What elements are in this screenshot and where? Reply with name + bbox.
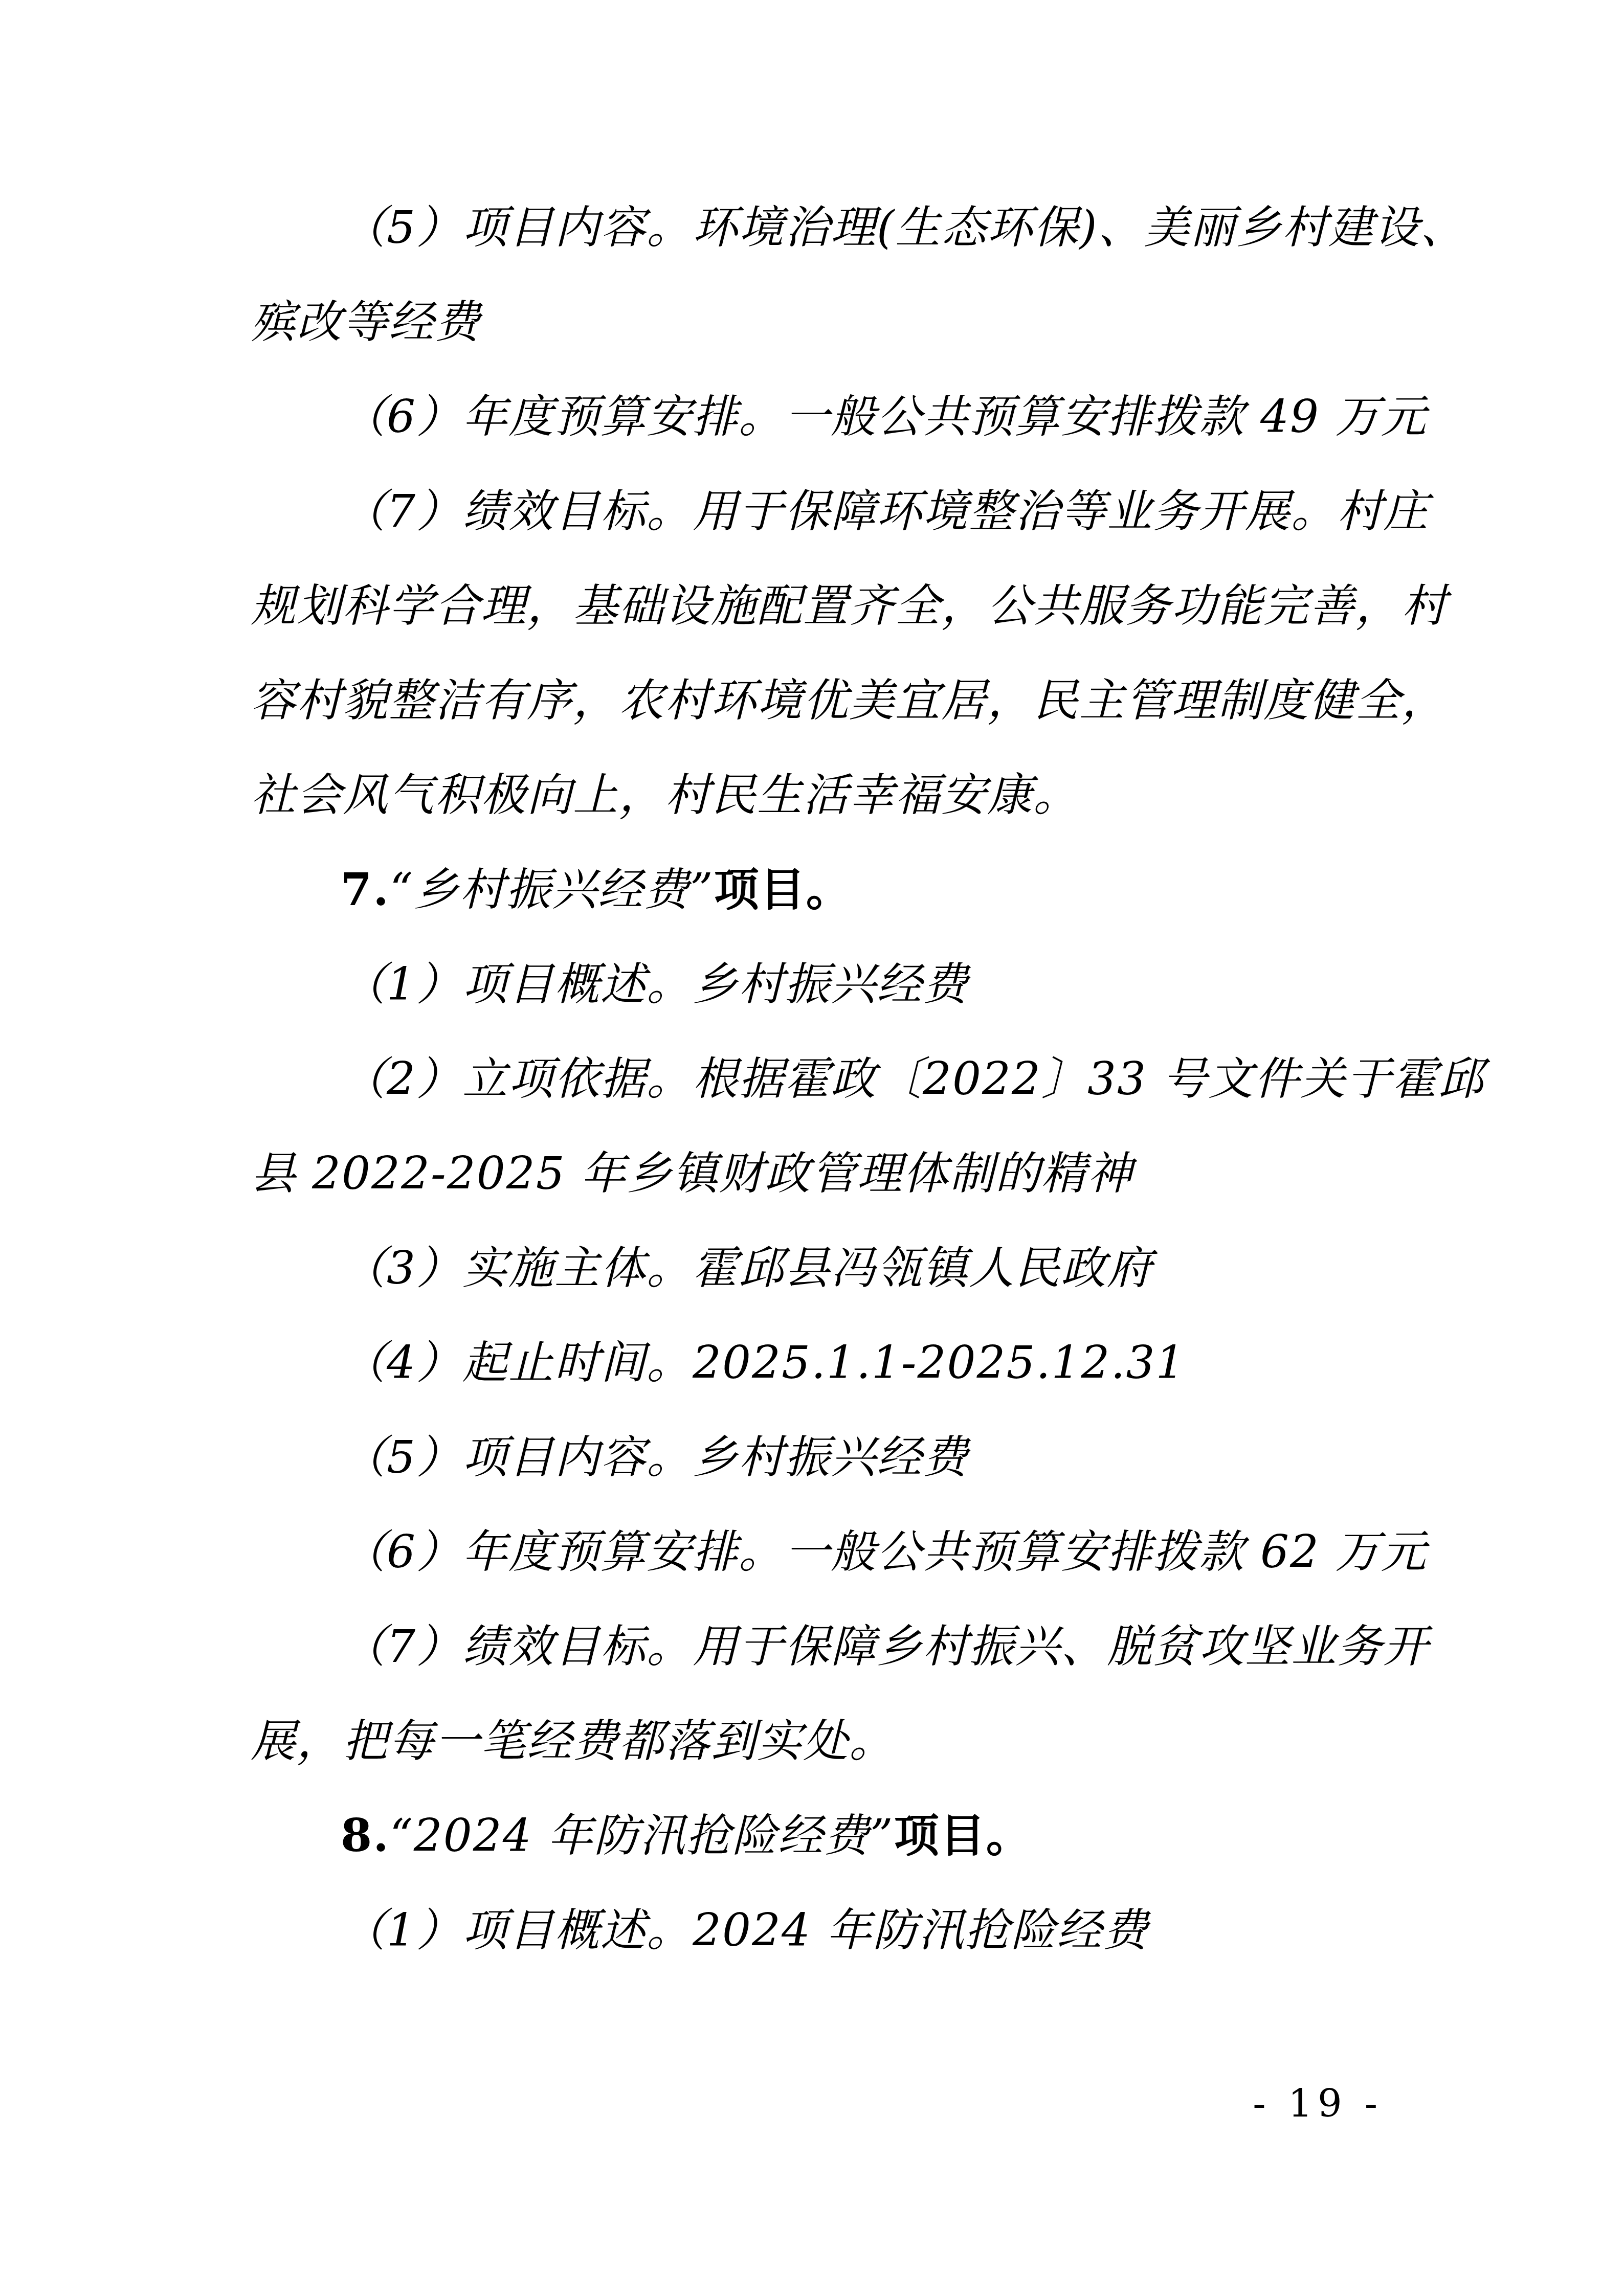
page-number-label: - 19 - bbox=[1253, 2081, 1383, 2126]
heading-line: 8.“2024 年防汛抢险经费”项目。 bbox=[251, 1788, 1384, 1883]
text-line: 社会风气积极向上，村民生活幸福安康。 bbox=[251, 748, 1384, 842]
text-segment: （6）年度预算安排。一般公共预算安排拨款 49 万元 bbox=[341, 390, 1427, 443]
text-line: （2）立项依据。根据霍政〔2022〕33 号文件关于霍邱 bbox=[251, 1031, 1384, 1126]
text-line: （6）年度预算安排。一般公共预算安排拨款 62 万元 bbox=[251, 1504, 1384, 1599]
text-line: （1）项目概述。2024 年防汛抢险经费 bbox=[251, 1883, 1384, 1977]
text-segment: （1）项目概述。2024 年防汛抢险经费 bbox=[341, 1904, 1149, 1956]
text-segment: “2024 年防汛抢险经费” bbox=[390, 1809, 894, 1862]
text-segment: （2）立项依据。根据霍政〔2022〕33 号文件关于霍邱 bbox=[341, 1052, 1484, 1105]
text-line: （7）绩效目标。用于保障环境整治等业务开展。村庄 bbox=[251, 464, 1384, 558]
text-segment: （5）项目内容。环境治理(生态环保)、美丽乡村建设、 bbox=[341, 201, 1466, 254]
text-segment: 8. bbox=[341, 1809, 390, 1862]
text-segment: 县 2022-2025 年乡镇财政管理体制的精神 bbox=[251, 1147, 1133, 1200]
text-line: （7）绩效目标。用于保障乡村振兴、脱贫攻坚业务开 bbox=[251, 1599, 1384, 1694]
text-line: 殡改等经费 bbox=[251, 275, 1384, 369]
text-segment: 项目。 bbox=[714, 863, 852, 916]
text-line: 县 2022-2025 年乡镇财政管理体制的精神 bbox=[251, 1126, 1384, 1221]
text-segment: 项目。 bbox=[894, 1809, 1032, 1862]
text-line: 规划科学合理，基础设施配置齐全，公共服务功能完善，村 bbox=[251, 558, 1384, 653]
text-segment: （7）绩效目标。用于保障环境整治等业务开展。村庄 bbox=[341, 485, 1429, 537]
text-segment: （5）项目内容。乡村振兴经费 bbox=[341, 1431, 969, 1483]
text-line: （5）项目内容。乡村振兴经费 bbox=[251, 1410, 1384, 1504]
heading-line: 7.“乡村振兴经费”项目。 bbox=[251, 842, 1384, 937]
text-segment: 7. bbox=[341, 863, 390, 916]
page-number: - 19 - bbox=[1253, 2075, 1383, 2131]
text-segment: 容村貌整洁有序，农村环境优美宜居，民主管理制度健全， bbox=[251, 674, 1448, 727]
text-segment: （4）起止时间。2025.1.1-2025.12.31 bbox=[341, 1336, 1185, 1389]
text-segment: （7）绩效目标。用于保障乡村振兴、脱贫攻坚业务开 bbox=[341, 1620, 1429, 1673]
text-segment: （3）实施主体。霍邱县冯瓴镇人民政府 bbox=[341, 1242, 1153, 1294]
text-line: （1）项目概述。乡村振兴经费 bbox=[251, 937, 1384, 1031]
text-segment: “乡村振兴经费” bbox=[390, 863, 714, 916]
text-segment: 展，把每一笔经费都落到实处。 bbox=[251, 1715, 895, 1767]
text-segment: （6）年度预算安排。一般公共预算安排拨款 62 万元 bbox=[341, 1525, 1427, 1578]
document-body: （5）项目内容。环境治理(生态环保)、美丽乡村建设、殡改等经费（6）年度预算安排… bbox=[251, 180, 1384, 1977]
text-segment: 殡改等经费 bbox=[251, 296, 481, 348]
text-line: 容村貌整洁有序，农村环境优美宜居，民主管理制度健全， bbox=[251, 653, 1384, 748]
text-line: （5）项目内容。环境治理(生态环保)、美丽乡村建设、 bbox=[251, 180, 1384, 275]
text-segment: （1）项目概述。乡村振兴经费 bbox=[341, 958, 969, 1010]
text-segment: 社会风气积极向上，村民生活幸福安康。 bbox=[251, 769, 1079, 821]
document-page: （5）项目内容。环境治理(生态环保)、美丽乡村建设、殡改等经费（6）年度预算安排… bbox=[0, 0, 1624, 2296]
text-line: 展，把每一笔经费都落到实处。 bbox=[251, 1694, 1384, 1788]
text-line: （6）年度预算安排。一般公共预算安排拨款 49 万元 bbox=[251, 369, 1384, 464]
text-line: （4）起止时间。2025.1.1-2025.12.31 bbox=[251, 1315, 1384, 1410]
text-segment: 规划科学合理，基础设施配置齐全，公共服务功能完善，村 bbox=[251, 579, 1448, 632]
text-line: （3）实施主体。霍邱县冯瓴镇人民政府 bbox=[251, 1221, 1384, 1315]
